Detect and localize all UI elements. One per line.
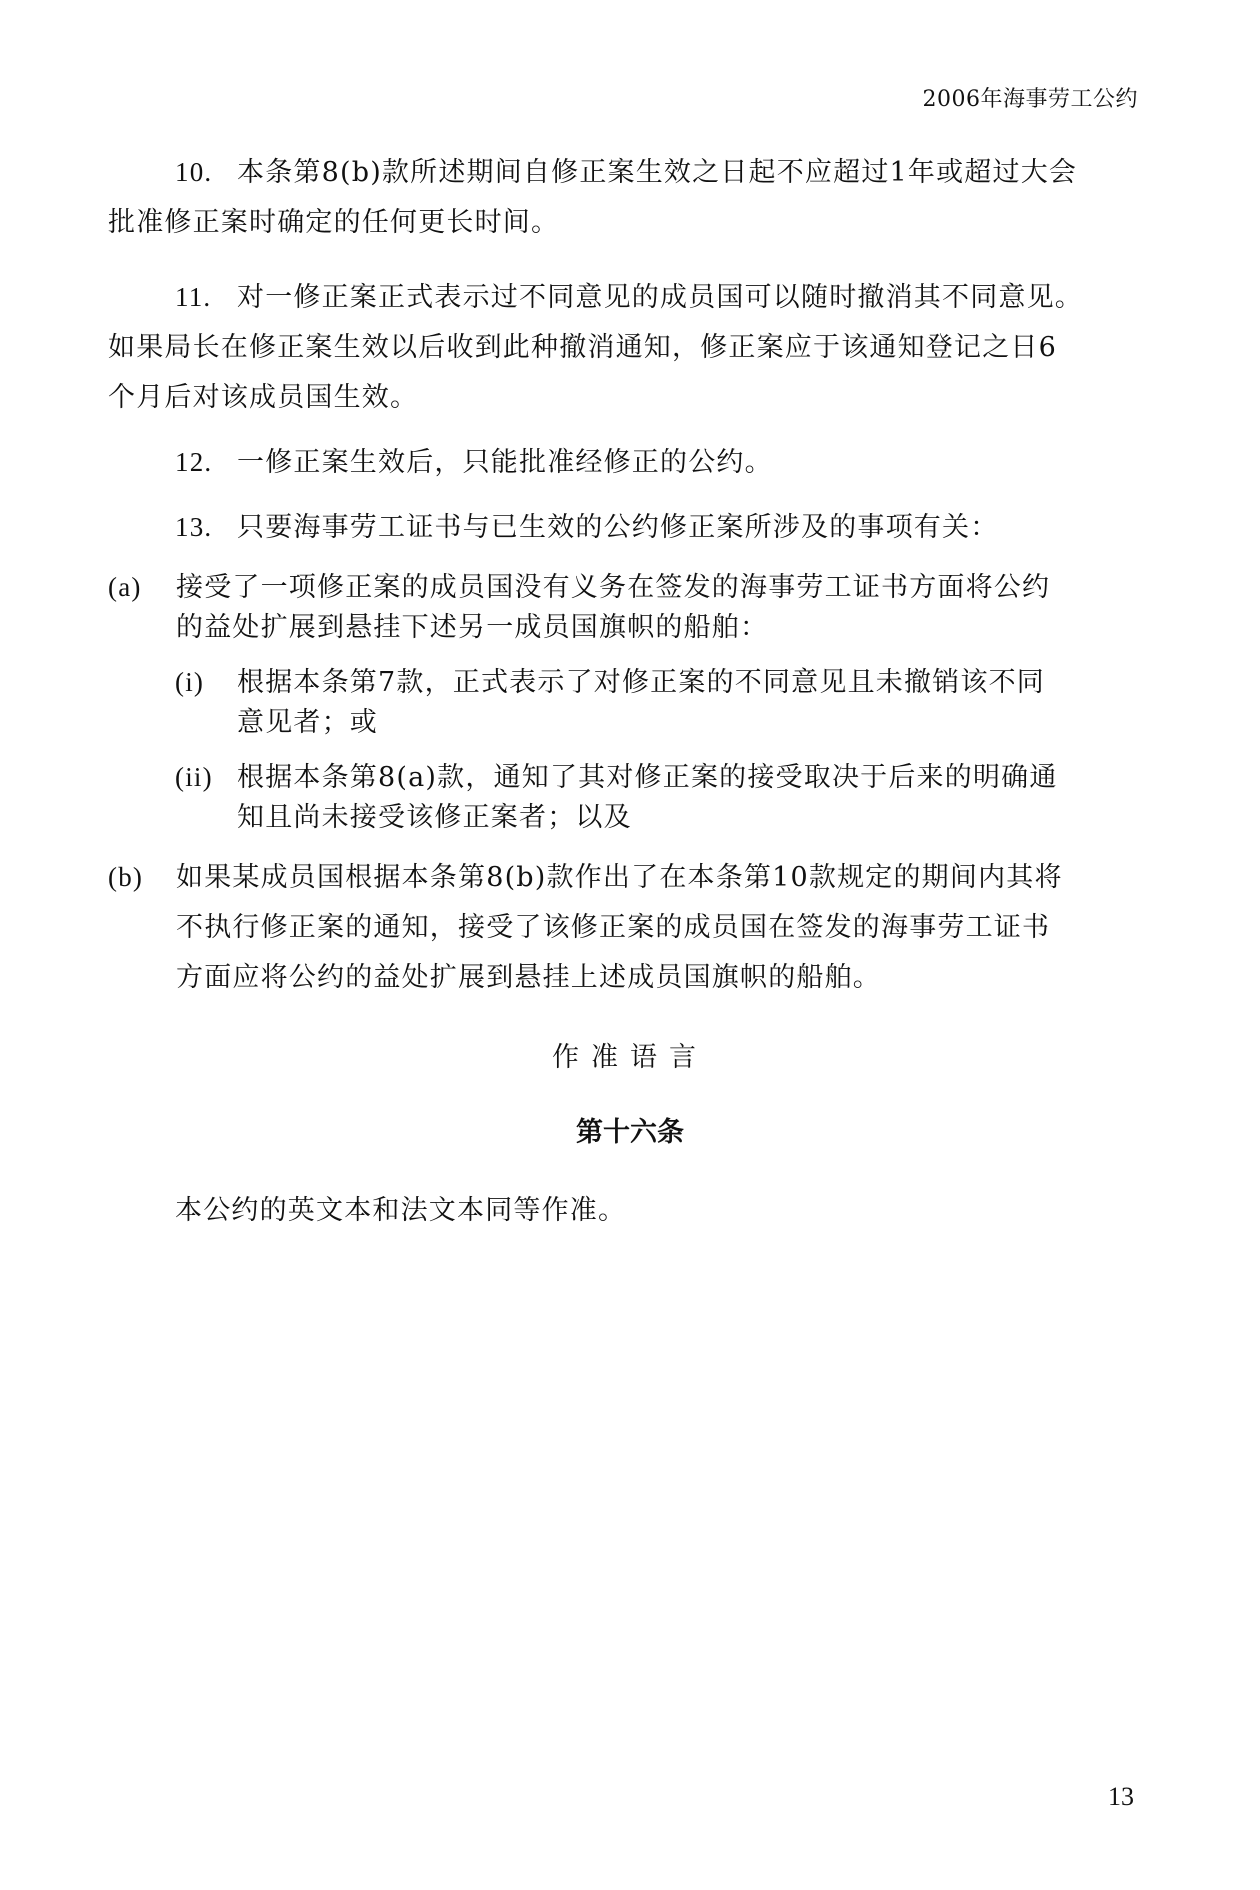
item-label: (i) (175, 667, 237, 698)
paragraph-12: 12.一修正案生效后，只能批准经修正的公约。 (175, 440, 773, 479)
document-page: 2006年海事劳工公约 10.本条第8(b)款所述期间自修正案生效之日起不应超过… (0, 0, 1260, 1890)
item-a-line-1: (a)接受了一项修正案的成员国没有义务在签发的海事劳工证书方面将公约 (108, 565, 1050, 604)
item-label: (a) (108, 572, 176, 603)
paragraph-10-line-2: 批准修正案时确定的任何更长时间。 (108, 200, 559, 239)
item-a-ii-line-1: (ii)根据本条第8(a)款，通知了其对修正案的接受取决于后来的明确通 (175, 755, 1058, 794)
article-title: 第十六条 (0, 1110, 1260, 1149)
section-title: 作准语言 (0, 1035, 1260, 1074)
page-number: 13 (1108, 1782, 1134, 1812)
running-header: 2006年海事劳工公约 (923, 82, 1139, 113)
paragraph-number: 11. (175, 282, 237, 313)
item-b-line-2: 不执行修正案的通知，接受了该修正案的成员国在签发的海事劳工证书 (176, 905, 1050, 944)
paragraph-number: 12. (175, 447, 237, 478)
paragraph-11-line-1: 11.对一修正案正式表示过不同意见的成员国可以随时撤消其不同意见。 (175, 275, 1083, 314)
paragraph-10-line-1: 10.本条第8(b)款所述期间自修正案生效之日起不应超过1年或超过大会 (175, 150, 1077, 189)
item-a-i-line-2: 意见者；或 (237, 700, 378, 739)
paragraph-number: 10. (175, 157, 237, 188)
item-a-i-line-1: (i)根据本条第7款，正式表示了对修正案的不同意见且未撤销该不同 (175, 660, 1045, 699)
paragraph-11-line-3: 个月后对该成员国生效。 (108, 375, 418, 414)
paragraph-number: 13. (175, 512, 237, 543)
item-label: (ii) (175, 762, 237, 793)
paragraph-13: 13.只要海事劳工证书与已生效的公约修正案所涉及的事项有关： (175, 505, 998, 544)
article-body: 本公约的英文本和法文本同等作准。 (175, 1188, 626, 1227)
item-label: (b) (108, 862, 176, 893)
item-a-line-2: 的益处扩展到悬挂下述另一成员国旗帜的船舶： (176, 605, 768, 644)
paragraph-11-line-2: 如果局长在修正案生效以后收到此种撤消通知，修正案应于该通知登记之日6 (108, 325, 1057, 364)
item-b-line-1: (b)如果某成员国根据本条第8(b)款作出了在本条第10款规定的期间内其将 (108, 855, 1063, 894)
item-b-line-3: 方面应将公约的益处扩展到悬挂上述成员国旗帜的船舶。 (176, 955, 881, 994)
item-a-ii-line-2: 知且尚未接受该修正案者；以及 (237, 795, 632, 834)
